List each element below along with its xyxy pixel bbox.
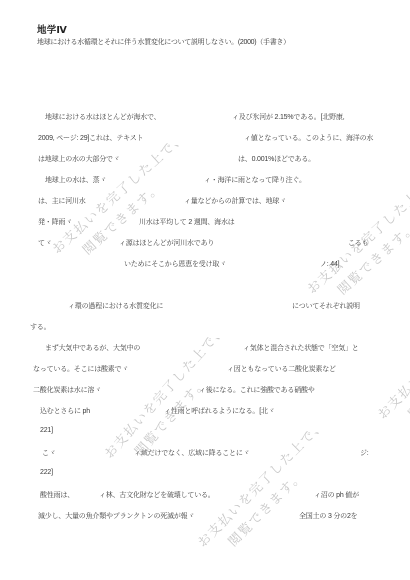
document-page: 地学Ⅳ 地球における水循環とそれに伴う水質変化について説明しなさい。(2000)…	[0, 0, 410, 580]
payment-watermark: お支払いを完了した上で、閲覧できます。	[302, 167, 410, 313]
watermark-line2: 閲覧できます。	[403, 301, 410, 422]
payment-watermark: お支払いを完了した上で、閲覧できます。	[372, 286, 410, 437]
watermark-line2: 閲覧できます。	[223, 429, 344, 550]
watermark-line1: お支払いを完了した上で、	[99, 320, 229, 462]
watermark-line2: 閲覧できます。	[129, 334, 245, 459]
watermark-line2: 閲覧できます。	[77, 143, 202, 259]
payment-watermark: お支払いを完了した上で、閲覧できます。	[192, 414, 343, 565]
watermark-line1: お支払いを完了した上で、	[192, 414, 328, 550]
watermark-line1: お支払いを完了した上で、	[47, 127, 189, 257]
watermark-line1: お支払いを完了した上で、	[372, 286, 410, 422]
payment-watermark: お支払いを完了した上で、閲覧できます。	[99, 320, 245, 476]
payment-watermark: お支払いを完了した上で、閲覧できます。	[47, 127, 203, 273]
watermark-line1: お支払いを完了した上で、	[302, 167, 410, 297]
watermark-line2: 閲覧できます。	[332, 183, 410, 299]
watermark-layer: お支払いを完了した上で、閲覧できます。お支払いを完了した上で、閲覧できます。お支…	[0, 0, 410, 580]
